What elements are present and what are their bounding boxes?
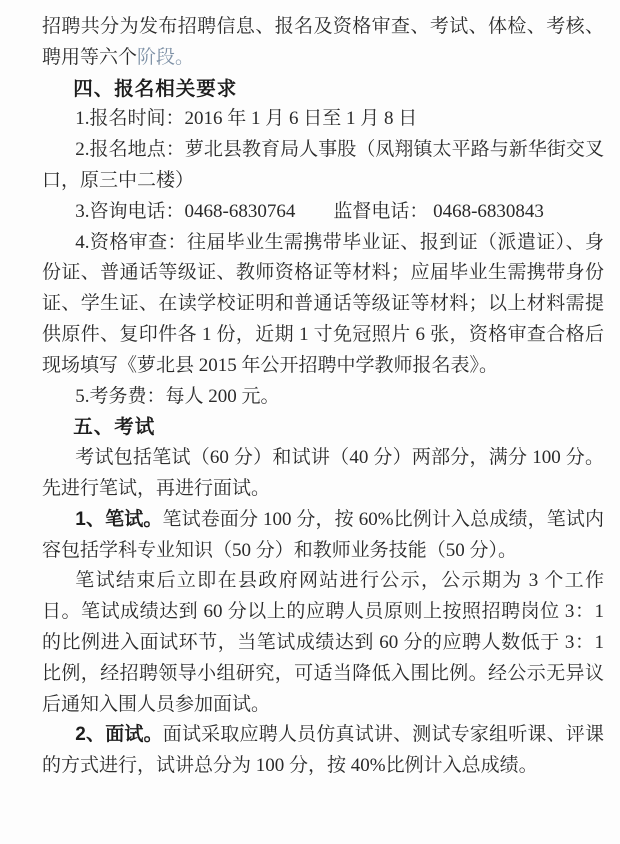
interview-lead: 2、面试。 bbox=[75, 724, 163, 745]
paragraph-publicity: 笔试结束后立即在县政府网站进行公示，公示期为 3 个工作日。笔试成绩达到 60 … bbox=[42, 566, 604, 720]
paragraph-interview: 2、面试。面试采取应聘人员仿真试讲、测试专家组听课、评课的方式进行，试讲总分为 … bbox=[42, 720, 604, 782]
item-exam-fee: 5.考务费：每人 200 元。 bbox=[42, 382, 604, 413]
item-signup-location: 2.报名地点：萝北县教育局人事股（凤翔镇太平路与新华街交叉口，原三中二楼） bbox=[42, 135, 604, 197]
faded-text: 阶段。 bbox=[137, 47, 194, 68]
section-heading-registration: 四、报名相关要求 bbox=[42, 74, 604, 105]
paragraph-intro: 招聘共分为发布招聘信息、报名及资格审查、考试、体检、考核、聘用等六个阶段。 bbox=[42, 12, 604, 74]
item-qualification-review: 4.资格审查：往届毕业生需携带毕业证、报到证（派遣证）、身份证、普通话等级证、教… bbox=[42, 228, 604, 382]
paragraph-written-exam: 1、笔试。笔试卷面分 100 分，按 60%比例计入总成绩，笔试内容包括学科专业… bbox=[42, 505, 604, 567]
paragraph-exam-overview: 考试包括笔试（60 分）和试讲（40 分）两部分，满分 100 分。先进行笔试，… bbox=[42, 443, 604, 505]
document-page: 招聘共分为发布招聘信息、报名及资格审查、考试、体检、考核、聘用等六个阶段。 四、… bbox=[0, 0, 620, 844]
section-heading-exam: 五、考试 bbox=[42, 412, 604, 443]
item-phone-numbers: 3.咨询电话：0468-6830764 监督电话： 0468-6830843 bbox=[42, 197, 604, 228]
item-signup-time: 1.报名时间：2016 年 1 月 6 日至 1 月 8 日 bbox=[42, 104, 604, 135]
written-exam-lead: 1、笔试。 bbox=[75, 509, 162, 530]
intro-text: 招聘共分为发布招聘信息、报名及资格审查、考试、体检、考核、聘用等六个 bbox=[42, 16, 604, 68]
